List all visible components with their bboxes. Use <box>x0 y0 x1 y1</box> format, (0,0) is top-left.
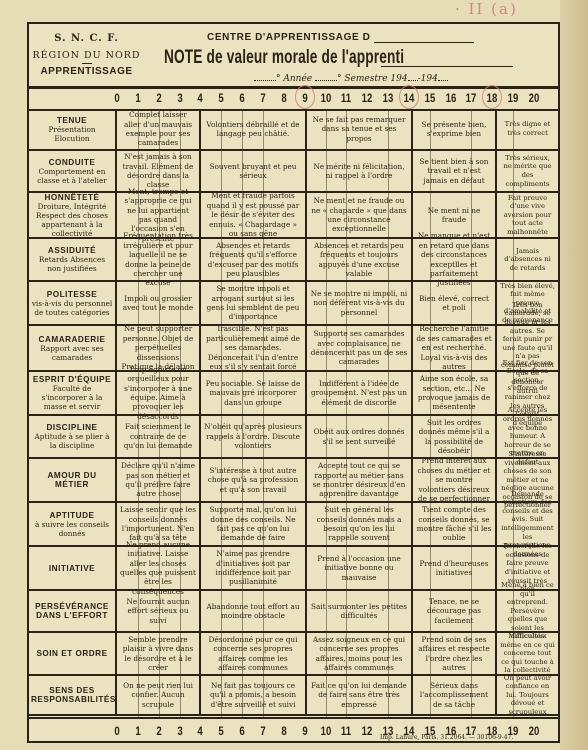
level-description[interactable]: Fréquentation très irrégulière et pour l… <box>117 239 201 280</box>
scale-tick[interactable]: 17 <box>463 91 479 105</box>
criterion-subtitle: Droiture, Intégrité Respect des choses a… <box>31 202 113 238</box>
level-text: Jamais d'absences ni de retards <box>500 247 555 273</box>
level-text: Impoli ou grossier avec tout le monde <box>120 294 196 313</box>
scale-tick[interactable]: 19 <box>505 91 521 105</box>
criterion-row: POLITESSEvis-à-vis du personnel de toute… <box>29 282 558 326</box>
level-description[interactable]: Fait sciemment le contraire de ce qu'on … <box>117 416 201 457</box>
level-text: Trop égoïste ou orgueilleux pour s'incor… <box>120 365 196 421</box>
level-text: Déclare qu'il n'aime pas son métier et q… <box>120 461 196 499</box>
scale-tick[interactable]: 1 <box>130 724 146 738</box>
criterion-title: POLITESSE <box>31 290 113 299</box>
level-text: Fait ce qu'on lui demande de faire sans … <box>310 681 408 709</box>
criterion-label: POLITESSEvis-à-vis du personnel de toute… <box>29 282 117 324</box>
criterion-subtitle: à suivre les conseils donnés <box>31 520 113 538</box>
centre-field[interactable] <box>374 42 474 43</box>
scale-tick[interactable]: 12 <box>359 91 375 105</box>
criterion-label: PERSÉVÉRANCE DANS L'EFFORT <box>29 591 117 631</box>
level-description[interactable]: Ne ment et ne fraude ou ne « chaparde » … <box>307 193 413 237</box>
level-description[interactable]: Ne mérite ni félicitation, ni rappel à l… <box>307 151 413 191</box>
level-description[interactable]: Déclare qu'il n'aime pas son métier et q… <box>117 459 201 501</box>
level-text: Suit en général les conseils donnés mais… <box>310 505 408 543</box>
criterion-label: TENUEPrésentation Elocution <box>29 109 117 149</box>
level-description[interactable]: S'intéresse à tout autre chose qu'à sa p… <box>201 459 307 501</box>
criterion-label: ASSIDUITÉRetards Absences non justifiées <box>29 239 117 280</box>
scale-tick[interactable]: 7 <box>255 724 271 738</box>
level-text: Se présente bien, s'exprime bien <box>416 120 492 139</box>
semester-field[interactable] <box>315 80 337 81</box>
level-text: Semble prendre plaisir à vivre dans le d… <box>120 635 196 673</box>
level-text: S'intéresse à tout autre chose qu'à sa p… <box>204 466 302 494</box>
criterion-title: SOIN ET ORDRE <box>31 649 113 658</box>
level-text: Ne se fait pas remarquer dans sa tenue e… <box>310 115 408 143</box>
scale-tick[interactable]: 6 <box>234 724 250 738</box>
criterion-subtitle: vis-à-vis du personnel de toutes catégor… <box>31 299 113 317</box>
level-text: Suit les ordres donnés même s'il a la po… <box>416 418 492 456</box>
handwritten-annotation: · II (a) <box>455 0 518 18</box>
level-text: Très sérieux, ne mérite que des complime… <box>500 154 555 188</box>
level-description[interactable]: Ne manque et n'est en retard que dans de… <box>413 239 497 280</box>
level-text: N'est jamais à son travail. Elément de d… <box>120 152 196 190</box>
criterion-row: SOIN ET ORDRESemble prendre plaisir à vi… <box>29 633 558 676</box>
printer-imprint: Imp. Lahure, Paris. 31.2064. — 30106-9-4… <box>380 734 513 741</box>
level-description[interactable]: Impoli ou grossier avec tout le monde <box>117 282 201 324</box>
level-text: Ne mérite ni félicitation, ni rappel à l… <box>310 162 408 181</box>
scale-tick[interactable]: 8 <box>276 724 292 738</box>
semester-label: ° Semestre 194 <box>337 74 408 84</box>
level-text: Se tient bien à son travail et n'est jam… <box>416 157 492 185</box>
level-description[interactable]: Très digne et très correct <box>497 109 558 149</box>
scale-tick[interactable]: 18 <box>484 91 500 105</box>
level-text: Irascible. N'est pas particulièrement ai… <box>204 324 302 371</box>
department-name: APPRENTISSAGE <box>29 66 144 77</box>
level-description[interactable]: Recherche l'amitié de ses camarades et e… <box>413 326 497 370</box>
criterion-row: AMOUR DU MÉTIERDéclare qu'il n'aime pas … <box>29 459 558 503</box>
criterion-label: AMOUR DU MÉTIER <box>29 459 117 501</box>
level-text: Tient compte des conseils donnés, se mon… <box>416 505 492 543</box>
level-description[interactable]: Bien élevé, correct et poli <box>413 282 497 324</box>
scale-tick[interactable]: 13 <box>380 91 396 105</box>
criterion-row: APTITUDEà suivre les conseils donnésLais… <box>29 503 558 547</box>
level-text: Recherche l'amitié de ses camarades et e… <box>416 324 492 371</box>
level-text: N'obéit qu'après plusieurs rappels à l'o… <box>204 422 302 450</box>
form-frame: S. N. C. F. RÉGION DU NORD APPRENTISSAGE… <box>27 22 560 743</box>
scale-tick[interactable]: 0 <box>109 91 125 105</box>
level-text: Tenace, ne se décourage pas facilement <box>416 597 492 625</box>
level-text: Bien élevé, correct et poli <box>416 294 492 313</box>
level-text: Ne ment ni ne fraude <box>416 206 492 225</box>
level-text: Désordonné pour ce qui concerne ses prop… <box>204 635 302 673</box>
criterion-label: HONNÊTETÉDroiture, Intégrité Respect des… <box>29 193 117 237</box>
level-description[interactable]: Supporte ses camarades avec complaisance… <box>307 326 413 370</box>
criterion-label: SOIN ET ORDRE <box>29 633 117 674</box>
level-text: Très digne et très correct <box>500 120 555 137</box>
level-description[interactable]: On ne peut rien lui confier. Aucun scrup… <box>117 676 201 714</box>
level-text: Ne ment et ne fraude ou ne « chaparde » … <box>310 196 408 234</box>
scale-tick[interactable]: 16 <box>443 91 459 105</box>
year-label: ° Année <box>276 74 312 84</box>
semester-year-end[interactable] <box>438 80 448 81</box>
level-description[interactable]: Trop égoïste ou orgueilleux pour s'incor… <box>117 372 201 414</box>
level-text: Indifférent à l'idée de groupement. N'es… <box>310 379 408 407</box>
level-text: Souvent bruyant et peu sérieux <box>204 162 302 181</box>
scale-tick[interactable]: 20 <box>526 91 542 105</box>
level-description[interactable]: Sait surmonter les petites difficultés <box>307 591 413 631</box>
level-text: Supporte mal, qu'on lui donne des consei… <box>204 505 302 543</box>
level-text: Volontiers débraillé et de langage peu c… <box>204 120 302 139</box>
level-description[interactable]: Demande volontiers des conseils et des a… <box>497 503 558 545</box>
criterion-row: ASSIDUITÉRetards Absences non justifiées… <box>29 239 558 282</box>
scale-tick[interactable]: 6 <box>234 91 250 105</box>
criterion-label: ESPRIT D'ÉQUIPEFaculté de s'incorporer à… <box>29 372 117 414</box>
criterion-label: CAMARADERIERapport avec ses camarades <box>29 326 117 370</box>
level-text: Accepte tout ce qui se rapporte au métie… <box>310 461 408 499</box>
scale-tick[interactable]: 2 <box>151 724 167 738</box>
scale-tick[interactable]: 8 <box>276 91 292 105</box>
level-description[interactable]: Désordonné pour ce qui concerne ses prop… <box>201 633 307 674</box>
level-description[interactable]: Tient compte des conseils donnés, se mon… <box>413 503 497 545</box>
criterion-label: INITIATIVE <box>29 547 117 589</box>
scale-tick[interactable]: 2 <box>151 91 167 105</box>
criterion-label: DISCIPLINEAptitude à se plier à la disci… <box>29 416 117 457</box>
scale-tick[interactable]: 11 <box>338 724 354 738</box>
criterion-subtitle: Présentation Elocution <box>31 125 113 143</box>
criterion-label: SENS DES RESPONSABILITÉS <box>29 676 117 714</box>
criterion-subtitle: Rapport avec ses camarades <box>31 344 113 362</box>
scale-tick[interactable]: 4 <box>192 91 208 105</box>
level-description[interactable]: Obéit aux ordres donnés s'il se sent sur… <box>307 416 413 457</box>
level-text: Prend soin de ses affaires et respecte l… <box>416 635 492 673</box>
scale-tick[interactable]: 15 <box>422 91 438 105</box>
level-text: N'aime pas prendre d'initiatives soit pa… <box>204 549 302 587</box>
criterion-title: DISCIPLINE <box>31 423 113 432</box>
level-text: Sait surmonter les petites difficultés <box>310 602 408 621</box>
level-description[interactable]: Ne se montre ni impoli, ni non déférent … <box>307 282 413 324</box>
level-description[interactable]: Se montre impoli et arrogant surtout si … <box>201 282 307 324</box>
level-text: Absences et retards peu fréquents et tou… <box>310 241 408 279</box>
level-description[interactable]: Volontiers débraillé et de langage peu c… <box>201 109 307 149</box>
level-text: Ne fournit aucun effort sérieux ou suivi <box>120 597 196 625</box>
paper-edge <box>560 0 588 750</box>
level-description[interactable]: Méticuleux même en ce qui concerne tout … <box>497 633 558 674</box>
level-description[interactable]: Fait preuve d'une vive aversion pour tou… <box>497 193 558 237</box>
centre-label: CENTRE D'APPRENTISSAGE D <box>207 32 370 43</box>
criterion-row: TENUEPrésentation ElocutionComplet laiss… <box>29 109 558 151</box>
criterion-title: TENUE <box>31 116 113 125</box>
level-description[interactable]: Suit en général les conseils donnés mais… <box>307 503 413 545</box>
level-description[interactable]: Prend d'heureuses initiatives <box>413 547 497 589</box>
divider <box>82 63 92 64</box>
apprentice-name-field[interactable] <box>381 66 513 67</box>
criterion-title: INITIATIVE <box>31 564 113 573</box>
criterion-title: APTITUDE <box>31 511 113 520</box>
level-description[interactable]: Se présente bien, s'exprime bien <box>413 109 497 149</box>
criterion-title: CAMARADERIE <box>31 335 113 344</box>
level-text: Obéit aux ordres donnés s'il se sent sur… <box>310 427 408 446</box>
level-description[interactable]: Aime son école, sa section, etc... Ne pr… <box>413 372 497 414</box>
page-title: NOTE de valeur morale de l'apprenti <box>164 47 404 69</box>
criterion-row: DISCIPLINEAptitude à se plier à la disci… <box>29 416 558 459</box>
level-text: On ne peut rien lui confier. Aucun scrup… <box>120 681 196 709</box>
level-description[interactable]: Ne peut supporter personne. Objet de per… <box>117 326 201 370</box>
level-text: Aime son école, sa section, etc... Ne pr… <box>416 374 492 412</box>
level-description[interactable]: N'obéit qu'après plusieurs rappels à l'o… <box>201 416 307 457</box>
level-description[interactable]: Laisse sentir que les conseils donnés l'… <box>117 503 201 545</box>
level-description[interactable]: Ment et fraude parfois quand il y est po… <box>201 193 307 237</box>
level-description[interactable]: Fait ce qu'on lui demande de faire sans … <box>307 676 413 714</box>
level-text: Ne manque et n'est en retard que dans de… <box>416 231 492 287</box>
criterion-row: ESPRIT D'ÉQUIPEFaculté de s'incorporer à… <box>29 372 558 416</box>
level-description[interactable]: Sérieux dans l'accomplissement de sa tâc… <box>413 676 497 714</box>
criterion-row: INITIATIVENe prend aucune initiative. La… <box>29 547 558 591</box>
criterion-subtitle: Retards Absences non justifiées <box>31 255 113 273</box>
level-text: Prend d'heureuses initiatives <box>416 559 492 578</box>
scale-tick[interactable]: 4 <box>192 724 208 738</box>
region-name: RÉGION DU NORD <box>29 50 144 61</box>
level-text: Fréquentation très irrégulière et pour l… <box>120 231 196 287</box>
level-text: Absences et retards fréquents qu'il s'ef… <box>204 241 302 279</box>
level-description[interactable]: Abandonne tout effort au moindre obstacl… <box>201 591 307 631</box>
level-description[interactable]: Prend soin de ses affaires et respecte l… <box>413 633 497 674</box>
level-description[interactable]: Absences et retards fréquents qu'il s'ef… <box>201 239 307 280</box>
level-description[interactable]: Assez soigneux en ce qui concerne ses pr… <box>307 633 413 674</box>
scale-tick[interactable]: 0 <box>109 724 125 738</box>
semester-end: -194 <box>418 74 438 84</box>
level-text: Fait sciemment le contraire de ce qu'on … <box>120 422 196 450</box>
criterion-label: APTITUDEà suivre les conseils donnés <box>29 503 117 545</box>
level-text: Peu sociable. Se laisse de mauvais gré i… <box>204 379 302 407</box>
level-description[interactable]: N'aime pas prendre d'initiatives soit pa… <box>201 547 307 589</box>
level-text: On peut avoir confiance en lui. Toujours… <box>500 674 555 717</box>
criterion-subtitle: Aptitude à se plier à la discipline <box>31 432 113 450</box>
level-description[interactable]: Complet laisser aller d'un mauvais exemp… <box>117 109 201 149</box>
level-text: Sérieux dans l'accomplissement de sa tâc… <box>416 681 492 709</box>
level-description[interactable]: Mène à bien ce qu'il entreprend. Persévè… <box>497 591 558 631</box>
level-text: Assez soigneux en ce qui concerne ses pr… <box>310 635 408 673</box>
criterion-subtitle: Comportement en classe et à l'atelier <box>31 167 113 185</box>
level-description[interactable]: On peut avoir confiance en lui. Toujours… <box>497 676 558 714</box>
criterion-title: SENS DES RESPONSABILITÉS <box>31 686 113 704</box>
scale-header: 01234567891011121314151617181920 <box>29 86 558 111</box>
level-text: Méticuleux même en ce qui concerne tout … <box>500 632 555 675</box>
level-description[interactable]: Supporte mal, qu'on lui donne des consei… <box>201 503 307 545</box>
level-text: Laisse sentir que les conseils donnés l'… <box>120 505 196 543</box>
level-description[interactable]: Ne fait pas toujours ce qu'il a promis, … <box>201 676 307 714</box>
level-text: Prend à l'occasion une initiative bonne … <box>310 554 408 582</box>
scale-tick[interactable]: 9 <box>297 724 313 738</box>
criterion-title: AMOUR DU MÉTIER <box>31 471 113 489</box>
criterion-title: ESPRIT D'ÉQUIPE <box>31 375 113 384</box>
criterion-row: SENS DES RESPONSABILITÉSOn ne peut rien … <box>29 676 558 716</box>
level-text: Supporte ses camarades avec complaisance… <box>310 329 408 367</box>
level-description[interactable]: Prend intérêt aux choses du métier et se… <box>413 459 497 501</box>
criterion-title: ASSIDUITÉ <box>31 246 113 255</box>
scale-tick[interactable]: 12 <box>359 724 375 738</box>
level-description[interactable]: Indifférent à l'idée de groupement. N'es… <box>307 372 413 414</box>
scale-tick[interactable]: 5 <box>213 91 229 105</box>
semester-year-start[interactable] <box>408 80 418 81</box>
scale-tick[interactable]: 3 <box>172 91 188 105</box>
scale-tick[interactable]: 11 <box>338 91 354 105</box>
level-text: Ne fait pas toujours ce qu'il a promis, … <box>204 681 302 709</box>
scale-tick[interactable]: 9 <box>297 91 313 105</box>
level-description[interactable]: Très sérieux, ne mérite que des complime… <box>497 151 558 191</box>
level-description[interactable]: Absences et retards peu fréquents et tou… <box>307 239 413 280</box>
period-line: ° Année ° Semestre 194-194 <box>254 74 448 84</box>
level-description[interactable]: Accepte tout ce qui se rapporte au métie… <box>307 459 413 501</box>
criterion-row: CONDUITEComportement en classe et à l'at… <box>29 151 558 193</box>
criterion-title: HONNÊTETÉ <box>31 193 113 202</box>
header-left: S. N. C. F. RÉGION DU NORD APPRENTISSAGE <box>29 24 144 77</box>
criterion-label: CONDUITEComportement en classe et à l'at… <box>29 151 117 191</box>
scale-tick[interactable]: 3 <box>172 724 188 738</box>
level-text: Prend intérêt aux choses du métier et se… <box>416 456 492 503</box>
level-description[interactable]: Irascible. N'est pas particulièrement ai… <box>201 326 307 370</box>
scale-tick[interactable]: 14 <box>401 91 417 105</box>
level-text: Abandonne tout effort au moindre obstacl… <box>204 602 302 621</box>
level-description[interactable]: Semble prendre plaisir à vivre dans le d… <box>117 633 201 674</box>
scale-tick[interactable]: 10 <box>318 724 334 738</box>
level-description[interactable]: Suit les ordres donnés même s'il a la po… <box>413 416 497 457</box>
scale-tick[interactable]: 1 <box>130 91 146 105</box>
level-text: Ne prend aucune initiative. Laisse aller… <box>120 540 196 596</box>
level-description[interactable]: Se tient bien à son travail et n'est jam… <box>413 151 497 191</box>
level-text: Complet laisser aller d'un mauvais exemp… <box>120 110 196 148</box>
scale-tick[interactable]: 5 <box>213 724 229 738</box>
criterion-title: CONDUITE <box>31 158 113 167</box>
level-description[interactable]: N'est jamais à son travail. Elément de d… <box>117 151 201 191</box>
level-description[interactable]: Ne fournit aucun effort sérieux ou suivi <box>117 591 201 631</box>
level-description[interactable]: Jamais d'absences ni de retards <box>497 239 558 280</box>
criterion-title: PERSÉVÉRANCE DANS L'EFFORT <box>31 602 113 620</box>
criterion-subtitle: Faculté de s'incorporer à la masse et se… <box>31 384 113 411</box>
level-text: Ne se montre ni impoli, ni non déférent … <box>310 289 408 317</box>
year-field[interactable] <box>254 80 276 81</box>
scale-tick[interactable]: 7 <box>255 91 271 105</box>
scale-tick[interactable]: 10 <box>318 91 334 105</box>
level-description[interactable]: Ne se fait pas remarquer dans sa tenue e… <box>307 109 413 149</box>
level-description[interactable]: Prend à l'occasion une initiative bonne … <box>307 547 413 589</box>
criterion-row: CAMARADERIERapport avec ses camaradesNe … <box>29 326 558 372</box>
level-text: Se montre impoli et arrogant surtout si … <box>204 284 302 322</box>
level-description[interactable]: Souvent bruyant et peu sérieux <box>201 151 307 191</box>
level-text: Ment et fraude parfois quand il y est po… <box>204 191 302 238</box>
criterion-row: PERSÉVÉRANCE DANS L'EFFORTNe fournit auc… <box>29 591 558 633</box>
level-description[interactable]: Ne prend aucune initiative. Laisse aller… <box>117 547 201 589</box>
level-description[interactable]: Tenace, ne se décourage pas facilement <box>413 591 497 631</box>
org-name: S. N. C. F. <box>29 33 144 44</box>
level-description[interactable]: Peu sociable. Se laisse de mauvais gré i… <box>201 372 307 414</box>
scale-tick[interactable]: 20 <box>526 724 542 738</box>
level-text: Fait preuve d'une vive aversion pour tou… <box>500 194 555 237</box>
